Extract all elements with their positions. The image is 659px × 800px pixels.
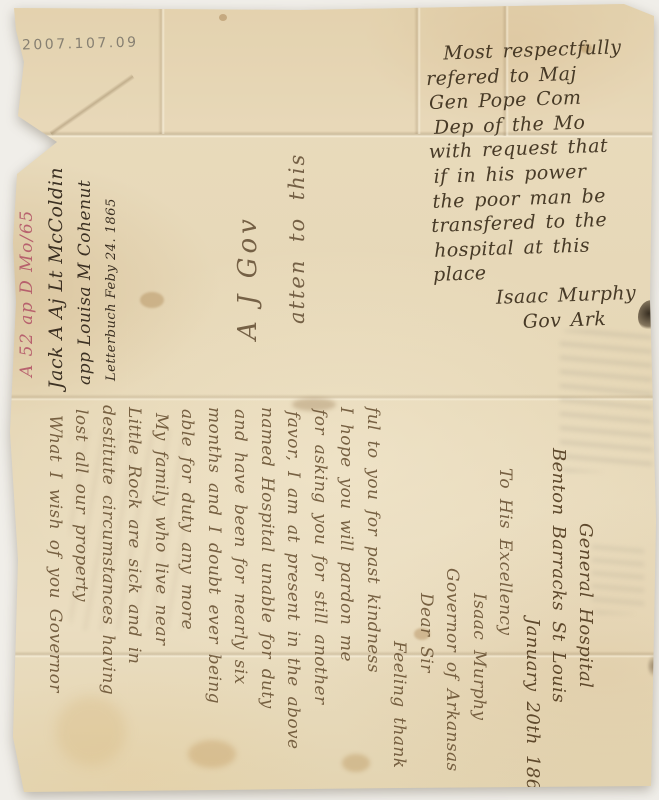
red-ink-file-mark: A 52 ap D Mo/65 (12, 136, 42, 391)
ink-blot (648, 652, 659, 680)
letter-line: able for duty any more (174, 403, 201, 793)
horizontal-fold-crease (10, 394, 655, 401)
letter-paper: 2007.107.09 Most respectfully refered to… (0, 0, 659, 800)
letter-line: What I wish of you Governor (42, 403, 69, 793)
letter-line: My family who live near (148, 403, 175, 793)
letter-line: I hope you will pardon me (333, 403, 360, 793)
letter-line: for asking you for still another (307, 403, 334, 793)
letter-line: destitute circumstances having (95, 403, 122, 793)
letter-line: and have been for nearly six (227, 403, 254, 793)
letter-line: Isaac Murphy (466, 403, 493, 793)
annotation-initials: A J Gov (222, 58, 274, 340)
letter-line: Benton Barracks St Louis (545, 403, 572, 793)
docket-line: app Louisa M Cohenut (71, 136, 99, 391)
letter-line: Governor of Arkansas (439, 403, 466, 793)
letter-line: lost all our property (68, 403, 95, 793)
catalog-number: 2007.107.09 (22, 34, 139, 53)
stain (140, 292, 164, 308)
letter-line: Little Rock are sick and in (121, 403, 148, 793)
docket-date-line: Letterbuch Feby 24. 1865 (99, 136, 124, 391)
letter-line: named Hospital unable for duty (254, 403, 281, 793)
letter-line: General Hospital (572, 403, 599, 793)
scanned-letter-page: 2007.107.09 Most respectfully refered to… (0, 0, 659, 800)
annotation-block: A J Gov atten to this (222, 58, 322, 340)
paper-shadow: 2007.107.09 Most respectfully refered to… (0, 0, 659, 800)
letter-line: ful to you for past kindness (360, 403, 387, 793)
endorsement-note: Most respectfully refered to Maj Gen Pop… (425, 34, 659, 337)
letter-line: January 20th 1865 (519, 403, 546, 793)
docket-line: Jack A Aj Lt McColdin (42, 136, 71, 391)
letter-line: To His Excellency (492, 403, 519, 793)
ink-bleedthrough (592, 540, 644, 614)
letter-body: General Hospital Benton Barracks St Loui… (40, 403, 598, 793)
letter-line: Dear Sir (413, 403, 440, 793)
docket-block: A 52 ap D Mo/65 Jack A Aj Lt McColdin ap… (12, 136, 126, 391)
letter-line: months and I doubt ever being (201, 403, 228, 793)
letter-line: favor, I am at present in the above (280, 403, 307, 793)
letter-line: Feeling thank (386, 403, 413, 793)
annotation-note: atten to this (274, 58, 320, 340)
